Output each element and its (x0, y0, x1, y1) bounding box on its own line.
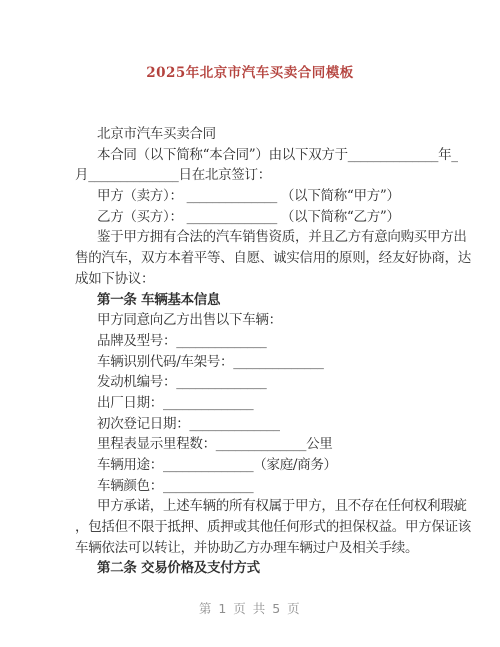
page-number-footer: 第 1 页 共 5 页 (0, 599, 500, 617)
field-vehicle-color: 车辆颜色：______________ (75, 476, 435, 497)
party-a-line: 甲方（卖方）： ______________ （以下简称“甲方”） (75, 186, 435, 207)
field-brand-model: 品牌及型号：______________ (75, 331, 435, 352)
signing-intro-line-1: 本合同（以下简称“本合同”）由以下双方于______________年_ (75, 145, 435, 166)
section-2-heading: 第二条 交易价格及支付方式 (75, 558, 435, 579)
contract-document-page: 2025年北京市汽车买卖合同模板 北京市汽车买卖合同 本合同（以下简称“本合同”… (0, 0, 500, 647)
field-first-registration-date: 初次登记日期：______________ (75, 414, 435, 435)
section-1-heading: 第一条 车辆基本信息 (75, 290, 435, 311)
field-vehicle-use: 车辆用途：______________（家庭/商务） (75, 455, 435, 476)
warranty-line-2: ，包括但不限于抵押、质押或其他任何形式的担保权益。甲方保证该 (75, 517, 435, 538)
doc-subtitle: 北京市汽车买卖合同 (75, 124, 435, 145)
preamble-line-2: 售的汽车，双方本着平等、自愿、诚实信用的原则，经友好协商，达 (75, 248, 435, 269)
field-vin: 车辆识别代码/车架号：______________ (75, 352, 435, 373)
signing-intro-line-2: 月______________日在北京签订： (75, 165, 435, 186)
warranty-line-3: 车辆依法可以转让，并协助乙方办理车辆过户及相关手续。 (75, 538, 435, 559)
vehicle-intro-line: 甲方同意向乙方出售以下车辆： (75, 310, 435, 331)
field-engine-number: 发动机编号：______________ (75, 372, 435, 393)
party-b-line: 乙方（买方）： ______________ （以下简称“乙方”） (75, 207, 435, 228)
field-manufacture-date: 出厂日期：______________ (75, 393, 435, 414)
field-mileage: 里程表显示里程数：______________公里 (75, 434, 435, 455)
preamble-line-1: 鉴于甲方拥有合法的汽车销售资质，并且乙方有意向购买甲方出 (75, 227, 435, 248)
preamble-line-3: 成如下协议： (75, 269, 435, 290)
warranty-line-1: 甲方承诺，上述车辆的所有权属于甲方，且不存在任何权利瑕疵 (75, 496, 435, 517)
contract-body: 北京市汽车买卖合同 本合同（以下简称“本合同”）由以下双方于__________… (75, 124, 435, 579)
page-title: 2025年北京市汽车买卖合同模板 (0, 61, 500, 81)
